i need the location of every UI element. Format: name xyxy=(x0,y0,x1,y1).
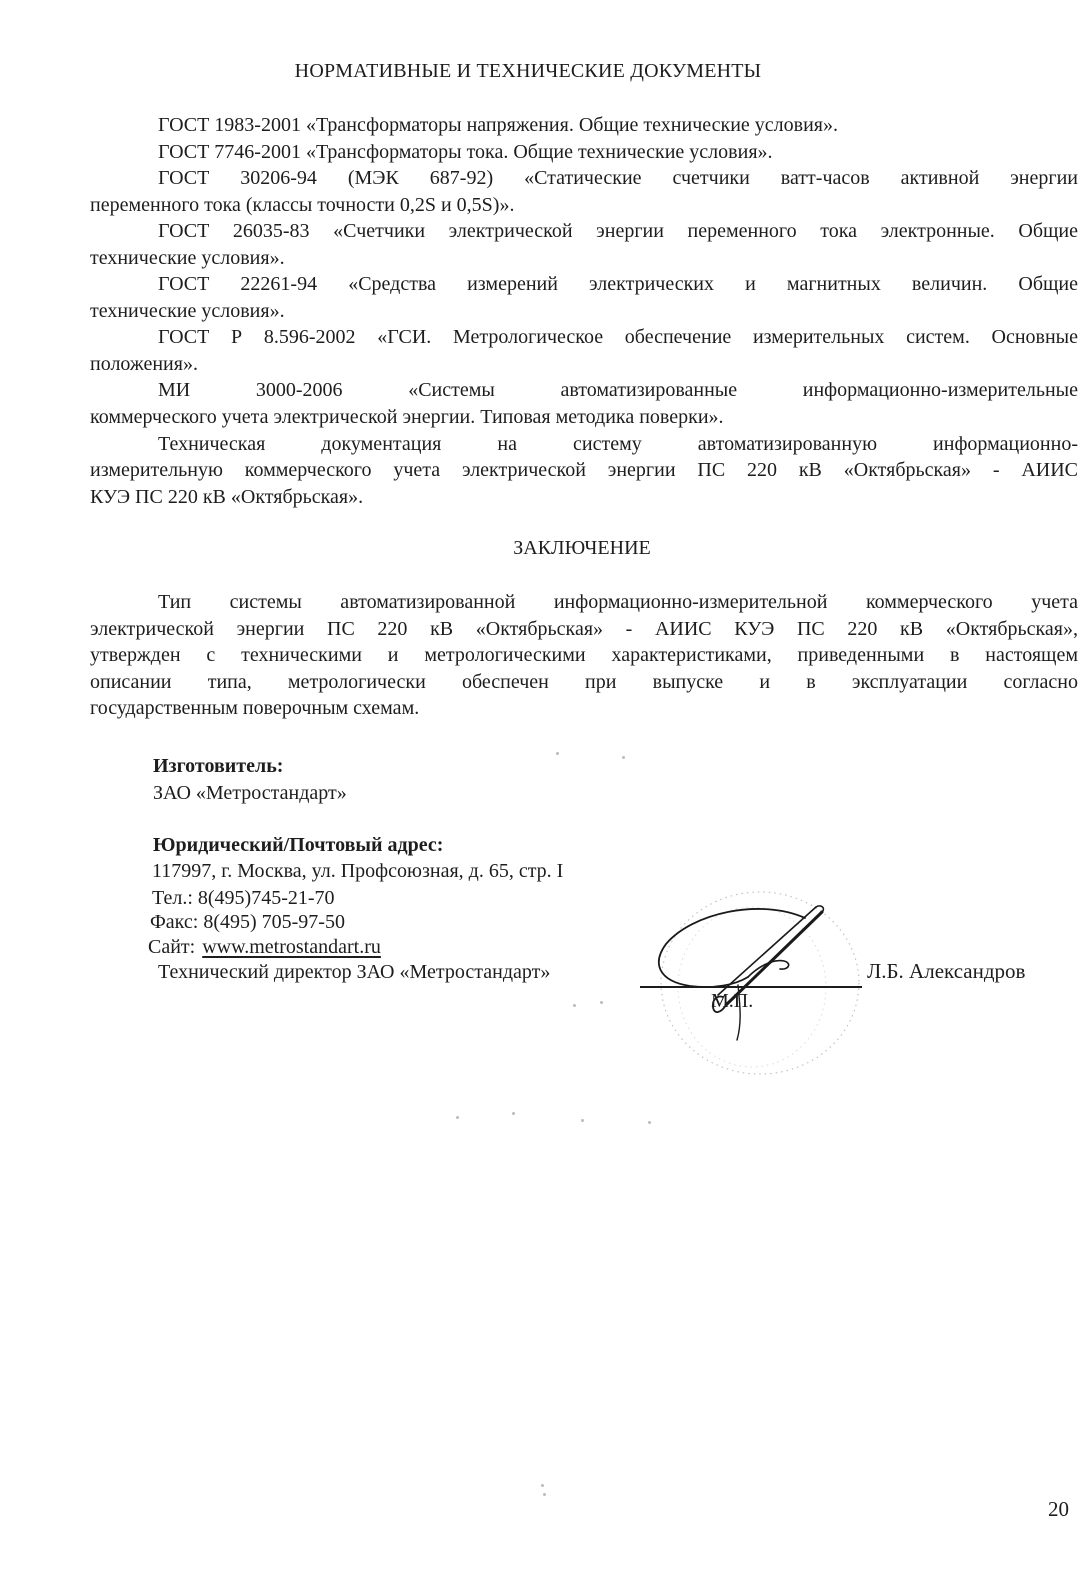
text-line: Тип системы автоматизированной информаци… xyxy=(90,589,1078,616)
address-line: 117997, г. Москва, ул. Профсоюзная, д. 6… xyxy=(152,860,563,883)
text-line: государственным поверочным схемам. xyxy=(90,695,1078,722)
address-label: Юридический/Почтовый адрес: xyxy=(153,834,443,857)
scan-speck xyxy=(543,1493,546,1496)
text-line: ГОСТ 26035-83 «Счетчики электрической эн… xyxy=(90,218,1078,245)
phone-line: Тел.: 8(495)745-21-70 xyxy=(152,887,335,910)
seal-and-signature-graphic xyxy=(600,855,900,1095)
paragraph: Техническая документация на систему авто… xyxy=(90,431,1078,511)
fax-line: Факс: 8(495) 705-97-50 xyxy=(150,911,345,934)
scan-speck xyxy=(556,752,559,755)
text-line: ГОСТ Р 8.596-2002 «ГСИ. Метрологическое … xyxy=(90,324,1078,351)
paragraph: ГОСТ 26035-83 «Счетчики электрической эн… xyxy=(90,218,1078,271)
site-label: Сайт: xyxy=(148,936,195,958)
text-line: ГОСТ 1983-2001 «Трансформаторы напряжени… xyxy=(90,112,1078,139)
manufacturer-name: ЗАО «Метростандарт» xyxy=(153,782,347,805)
scan-speck xyxy=(622,756,625,759)
page-number: 20 xyxy=(1048,1497,1069,1522)
text-line: ГОСТ 30206-94 (МЭК 687-92) «Статические … xyxy=(90,165,1078,192)
paragraph: МИ 3000-2006 «Системы автоматизированные… xyxy=(90,377,1078,430)
scan-speck xyxy=(600,1001,603,1004)
document-page: НОРМАТИВНЫЕ И ТЕХНИЧЕСКИЕ ДОКУМЕНТЫ ГОСТ… xyxy=(0,0,1092,1572)
site-line: Сайт:www.metrostandart.ru xyxy=(148,936,381,959)
document-title: НОРМАТИВНЫЕ И ТЕХНИЧЕСКИЕ ДОКУМЕНТЫ xyxy=(295,60,762,83)
text-line: электрической энергии ПС 220 кВ «Октябрь… xyxy=(90,616,1078,643)
conclusion-heading: ЗАКЛЮЧЕНИЕ xyxy=(513,537,650,560)
text-line: утвержден с техническими и метрологическ… xyxy=(90,642,1078,669)
text-line: описании типа, метрологически обеспечен … xyxy=(90,669,1078,696)
scan-speck xyxy=(456,1116,459,1119)
text-line: КУЭ ПС 220 кВ «Октябрьская». xyxy=(90,484,1078,511)
site-url: www.metrostandart.ru xyxy=(202,936,381,958)
paragraph: ГОСТ 22261-94 «Средства измерений электр… xyxy=(90,271,1078,324)
handwritten-signature xyxy=(659,906,824,1040)
text-line: измерительную коммерческого учета электр… xyxy=(90,457,1078,484)
text-line: переменного тока (классы точности 0,2S и… xyxy=(90,192,1078,219)
seal-place-label: М.П. xyxy=(711,990,753,1013)
scan-speck xyxy=(581,1119,584,1122)
text-line: ГОСТ 22261-94 «Средства измерений электр… xyxy=(90,271,1078,298)
scan-speck xyxy=(512,1112,515,1115)
signer-title: Технический директор ЗАО «Метростандарт» xyxy=(158,961,550,984)
text-line: положения». xyxy=(90,351,1078,378)
signer-name: Л.Б. Александров xyxy=(867,959,1025,984)
text-line: МИ 3000-2006 «Системы автоматизированные… xyxy=(90,377,1078,404)
text-line: Техническая документация на систему авто… xyxy=(90,431,1078,458)
text-line: ГОСТ 7746-2001 «Трансформаторы тока. Общ… xyxy=(90,139,1078,166)
scan-speck xyxy=(541,1484,544,1487)
signature-line xyxy=(640,986,862,988)
text-line: технические условия». xyxy=(90,245,1078,272)
paragraph: ГОСТ 30206-94 (МЭК 687-92) «Статические … xyxy=(90,165,1078,218)
conclusion-section: Тип системы автоматизированной информаци… xyxy=(90,589,1078,722)
seal-circle-outline xyxy=(661,892,859,1074)
scan-speck xyxy=(648,1121,651,1124)
paragraph: ГОСТ 1983-2001 «Трансформаторы напряжени… xyxy=(90,112,1078,139)
normative-documents-section: ГОСТ 1983-2001 «Трансформаторы напряжени… xyxy=(90,112,1078,510)
text-line: коммерческого учета электрической энерги… xyxy=(90,404,1078,431)
paragraph: ГОСТ Р 8.596-2002 «ГСИ. Метрологическое … xyxy=(90,324,1078,377)
text-line: технические условия». xyxy=(90,298,1078,325)
scan-speck xyxy=(573,1004,576,1007)
manufacturer-label: Изготовитель: xyxy=(153,755,283,778)
paragraph: ГОСТ 7746-2001 «Трансформаторы тока. Общ… xyxy=(90,139,1078,166)
